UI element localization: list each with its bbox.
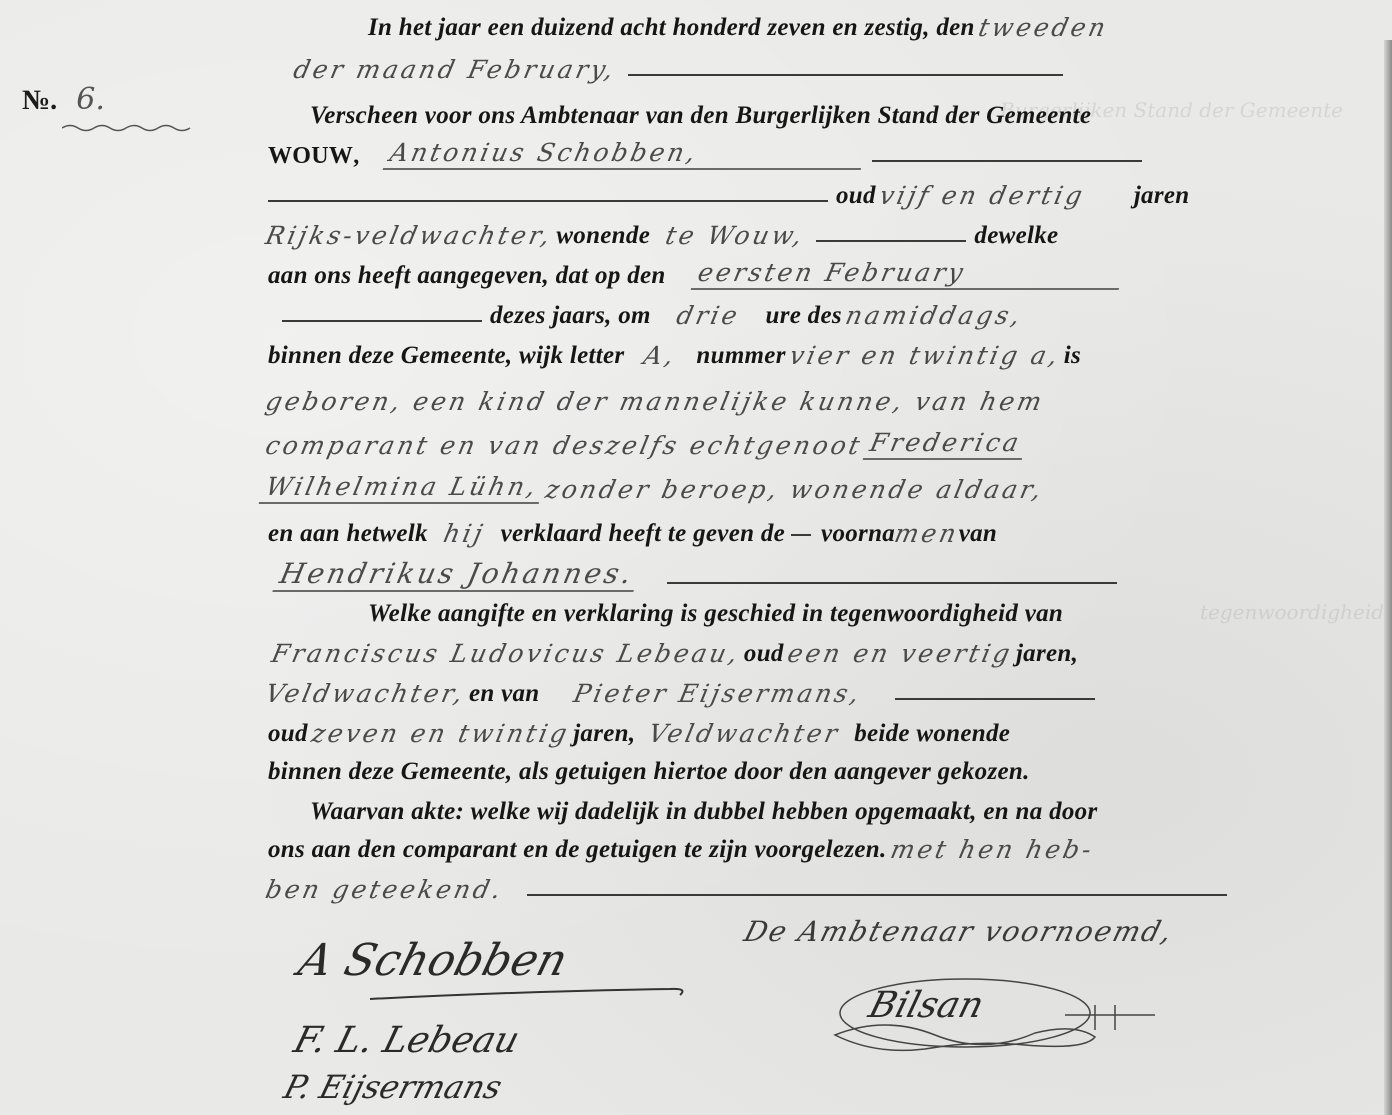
hand-witness-2-occupation: Veldwachter [642, 719, 847, 748]
printed-jaren: jaren [1134, 182, 1190, 210]
hand-child-sex: geboren, een kind der mannelijke kunne, … [259, 387, 1051, 416]
signature-witness-1: F. L. Lebeau [290, 1020, 524, 1061]
hand-witness-1-age: een en veertig [781, 639, 1019, 668]
line-21: ons aan den comparant en de getuigen te … [0, 824, 1392, 864]
line-7: aan ons heeft aangegeven, dat op den eer… [0, 250, 1392, 290]
hand-time-of-day: namiddags, [839, 301, 1030, 330]
printed-oud: oud [744, 640, 784, 668]
fill-rule [816, 239, 966, 242]
hand-child-names: Hendrikus Johannes. [272, 558, 641, 592]
printed-nummer: nummer [696, 342, 785, 370]
line-10: geboren, een kind der mannelijke kunne, … [0, 376, 1392, 416]
line-11: comparant en van deszelfs echtgenoot Fre… [0, 420, 1392, 460]
line-19: binnen deze Gemeente, als getuigen hiert… [0, 746, 1392, 786]
hand-day: tweeden [972, 13, 1115, 42]
hand-witness-1-name: Franciscus Ludovicus Lebeau, [265, 639, 747, 668]
printed-wonende: wonende [556, 222, 650, 250]
line-14: Hendrikus Johannes. [0, 552, 1392, 592]
line-15: Welke aangifte en verklaring is geschied… [0, 588, 1392, 628]
fill-rule [268, 199, 828, 202]
printed-witness-chosen: binnen deze Gemeente, als getuigen hiert… [268, 758, 1030, 786]
line-8: dezes jaars, om drie ure des namiddags, [0, 290, 1392, 330]
line-17: Veldwachter, en van Pieter Eijsermans, [0, 668, 1392, 708]
hand-mother-intro: comparant en van deszelfs echtgenoot [259, 431, 869, 460]
printed-oud: oud [268, 720, 308, 748]
printed-jaren: jaren, [1016, 640, 1078, 668]
hand-men-suffix: men [892, 519, 962, 548]
printed-dewelke: dewelke [974, 222, 1058, 250]
printed-appearance: Verscheen voor ons Ambtenaar van den Bur… [310, 102, 1091, 130]
signature-witness-2: P. Eijsermans [280, 1068, 506, 1106]
hand-witness-2-age: zeven en twintig [305, 719, 577, 748]
fill-rule [667, 581, 1117, 584]
hand-declarant-occupation: Rijks-veldwachter, [259, 221, 559, 250]
hand-signed: ben geteekend. [259, 875, 510, 904]
printed-ure-des: ure des [766, 302, 842, 330]
printed-district: binnen deze Gemeente, wijk letter [268, 342, 624, 370]
hand-witness-2-name: Pieter Eijsermans, [566, 679, 868, 708]
line-18: oud zeven en twintig jaren, Veldwachter … [0, 708, 1392, 748]
hand-birth-date: eersten February [690, 259, 1125, 290]
printed-read-aloud: ons aan den comparant en de getuigen te … [268, 836, 887, 864]
printed-and-to-which: en aan hetwelk [268, 520, 428, 548]
hand-birth-hour: drie [670, 301, 747, 330]
printed-date-intro: In het jaar een duizend acht honderd zev… [368, 14, 975, 42]
hand-house-number: vier en twintig a, [783, 341, 1067, 370]
printed-voorna: voorna [821, 520, 895, 548]
hand-district-letter: A, [637, 341, 683, 370]
printed-declared: aan ons heeft aangegeven, dat op den [268, 262, 666, 290]
hand-witness-1-occupation: Veldwachter, [259, 679, 472, 708]
printed-act-drawn-up: Waarvan akte: welke wij dadelijk in dubb… [310, 798, 1098, 826]
municipality-name: WOUW [268, 143, 353, 170]
line-2: der maand February, [0, 44, 1392, 84]
line-4: WOUW , Antonius Schobben, [0, 130, 1392, 170]
printed-declared-give: verklaard heeft te geven de [501, 520, 785, 548]
printed-this-year: dezes jaars, om [490, 302, 651, 330]
hand-declarant-age: vijf en dertig [873, 181, 1137, 210]
line-9: binnen deze Gemeente, wijk letter A, num… [0, 330, 1392, 370]
line-12: Wilhelmina Lühn, zonder beroep, wonende … [0, 464, 1392, 504]
printed-oud: oud [836, 182, 876, 210]
signature-declarant: A Schobben [293, 935, 573, 986]
fill-rule [282, 319, 482, 322]
printed-both-residing: beide wonende [854, 720, 1010, 748]
hand-pronoun: hij [437, 519, 492, 548]
printed-and-of: en van [469, 680, 540, 708]
signature-official: Bilsan [865, 985, 989, 1026]
hand-mother-occupation-residence: zonder beroep, wonende aldaar, [539, 475, 1051, 504]
hand-declarant-residence: te Wouw, [659, 221, 811, 250]
line-6: Rijks-veldwachter, wonende te Wouw, dewe… [0, 210, 1392, 250]
fill-rule [527, 893, 1227, 896]
printed-van: van [959, 520, 997, 548]
line-16: Franciscus Ludovicus Lebeau, oud een en … [0, 628, 1392, 668]
fill-rule [895, 697, 1095, 700]
line-1: In het jaar een duizend acht honderd zev… [0, 2, 1392, 42]
hand-mother-name: Wilhelmina Lühn, [259, 473, 545, 504]
line-13: en aan hetwelk hij verklaard heeft te ge… [0, 508, 1392, 548]
line-20: Waarvan akte: welke wij dadelijk in dubb… [0, 786, 1392, 826]
official-caption: De Ambtenaar voornoemd, [741, 915, 1178, 948]
hand-signed-with: met hen heb- [883, 835, 1100, 864]
printed-jaren: jaren, [573, 720, 635, 748]
line-3: Verscheen voor ons Ambtenaar van den Bur… [0, 90, 1392, 130]
fill-rule [628, 73, 1063, 76]
hand-month: der maand February, [287, 55, 623, 84]
hand-declarant-name: Antonius Schobben, [382, 139, 867, 170]
printed-is: is [1064, 342, 1081, 370]
fill-rule [872, 159, 1142, 162]
signature-flourish-icon [370, 985, 690, 1005]
fill-rule [791, 533, 811, 536]
printed-witness-intro: Welke aangifte en verklaring is geschied… [368, 600, 1063, 628]
hand-mother-first-name: Frederica [863, 429, 1028, 460]
line-22: ben geteekend. [0, 864, 1392, 904]
line-5: oud vijf en dertig jaren [0, 170, 1392, 210]
